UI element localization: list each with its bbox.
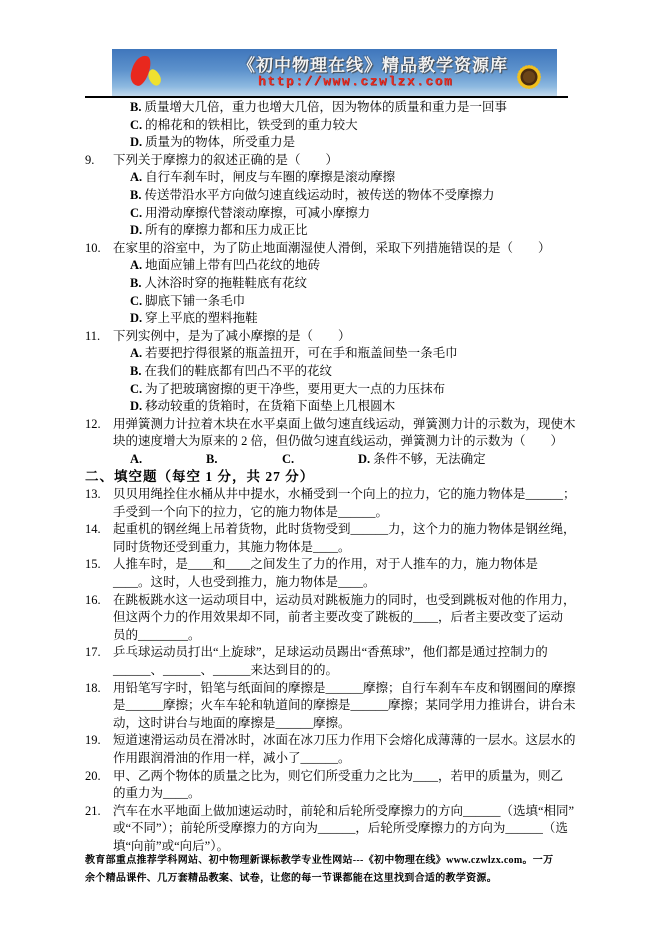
continuation-line: ____。这时，人也受到推力，施力物体是____。 xyxy=(85,574,585,592)
option-item: C. xyxy=(282,451,358,469)
question-number: 14. xyxy=(85,521,113,539)
header-divider xyxy=(85,96,568,98)
option-label: C. xyxy=(282,452,294,466)
continuation-line: 手受到一个向下的拉力，它的施力物体是______。 xyxy=(85,504,585,522)
option-item: A. xyxy=(130,451,206,469)
option-text: 传送带沿水平方向做匀速直线运动时，被传送的物体不受摩擦力 xyxy=(144,188,494,202)
page-footer: 教育部重点推荐学科网站、初中物理新课标教学专业性网站---《初中物理在线》www… xyxy=(85,852,579,887)
question-number: 17. xyxy=(85,644,113,662)
continuation-text: 或“不同”）；前轮所受摩擦力的方向为______，后轮所受摩擦力的方向为____… xyxy=(113,821,568,835)
continuation-text: 动，这时讲台与地面的摩擦是______摩擦。 xyxy=(113,716,351,730)
continuation-text: 手受到一个向下的拉力，它的施力物体是______。 xyxy=(113,505,388,519)
option-label: C. xyxy=(130,206,142,220)
option-label: A. xyxy=(130,452,142,466)
question-text: 起重机的钢丝绳上吊着货物，此时货物受到______力，这个力的施力物体是钢丝绳， xyxy=(113,522,576,536)
question-line: 19.短道速滑运动员在滑冰时，冰面在冰刀压力作用下会熔化成薄薄的一层水。这层水的 xyxy=(85,732,585,750)
continuation-line: 动，这时讲台与地面的摩擦是______摩擦。 xyxy=(85,715,585,733)
option-line: C.的棉花和的铁相比，铁受到的重力较大 xyxy=(85,117,585,135)
question-number: 15. xyxy=(85,556,113,574)
option-line: D.移动较重的货箱时，在货箱下面垫上几根圆木 xyxy=(85,398,585,416)
option-label: C. xyxy=(130,382,142,396)
question-line: 18.用铅笔写字时，铅笔与纸面间的摩擦是______摩擦；自行车刹车车皮和钢圈间… xyxy=(85,680,585,698)
option-line: A.若要把拧得很紧的瓶盖扭开，可在手和瓶盖间垫一条毛巾 xyxy=(85,345,585,363)
question-number: 19. xyxy=(85,732,113,750)
question-text: 用铅笔写字时，铅笔与纸面间的摩擦是______摩擦；自行车刹车车皮和钢圈间的摩擦 xyxy=(113,681,576,695)
option-line: C.脚底下铺一条毛巾 xyxy=(85,293,585,311)
option-text: 所有的摩擦力都和压力成正比 xyxy=(145,223,308,237)
continuation-line: 同时货物还受到重力，其施力物体是____。 xyxy=(85,539,585,557)
option-label: A. xyxy=(130,346,142,360)
option-label: D. xyxy=(130,223,142,237)
sunflower-icon xyxy=(504,50,552,96)
question-number: 9. xyxy=(85,152,113,170)
question-number: 13. xyxy=(85,486,113,504)
option-text: 条件不够，无法确定 xyxy=(373,452,486,466)
options-row: A.B.C.D.条件不够，无法确定 xyxy=(85,451,585,469)
option-text: 自行车刹车时，闸皮与车圈的摩擦是滚动摩擦 xyxy=(145,170,395,184)
banner-url-link[interactable]: http://www.czwlzx.com xyxy=(258,74,453,89)
continuation-text: 的重力为____。 xyxy=(113,786,201,800)
question-line: 14.起重机的钢丝绳上吊着货物，此时货物受到______力，这个力的施力物体是钢… xyxy=(85,521,585,539)
option-line: B.人沐浴时穿的拖鞋鞋底有花纹 xyxy=(85,275,585,293)
option-line: B.在我们的鞋底都有凹凸不平的花纹 xyxy=(85,363,585,381)
option-line: C.为了把玻璃窗擦的更干净些，要用更大一点的力压抹布 xyxy=(85,381,585,399)
continuation-line: 的重力为____。 xyxy=(85,785,585,803)
question-number: 21. xyxy=(85,803,113,821)
question-line: 13.贝贝用绳拴住水桶从井中提水，水桶受到一个向上的拉力，它的施力物体是____… xyxy=(85,486,585,504)
exam-body: B.质量增大几倍，重力也增大几倍，因为物体的质量和重力是一回事C.的棉花和的铁相… xyxy=(85,99,585,856)
continuation-line: 但这两个力的作用效果却不同，前者主要改变了跳板的____，后者主要改变了运动 xyxy=(85,609,585,627)
option-label: D. xyxy=(130,135,142,149)
option-label: C. xyxy=(130,294,142,308)
option-text: 穿上平底的塑料拖鞋 xyxy=(145,311,258,325)
question-text: 甲、乙两个物体的质量之比为，则它们所受重力之比为____，若甲的质量为，则乙 xyxy=(113,769,563,783)
option-text: 的棉花和的铁相比，铁受到的重力较大 xyxy=(145,118,358,132)
option-line: C.用滑动摩擦代替滚动摩擦，可减小摩擦力 xyxy=(85,205,585,223)
option-line: B.传送带沿水平方向做匀速直线运动时，被传送的物体不受摩擦力 xyxy=(85,187,585,205)
question-text: 下列实例中，是为了减小摩擦的是（ ） xyxy=(113,329,351,343)
option-label: A. xyxy=(130,258,142,272)
continuation-line: 作用跟润滑油的作用一样，减小了______。 xyxy=(85,750,585,768)
option-label: B. xyxy=(130,364,141,378)
question-line: 10.在家里的浴室中，为了防止地面潮湿使人滑倒，采取下列措施错误的是（ ） xyxy=(85,240,585,258)
question-text: 人推车时，是____和____之间发生了力的作用，对于人推车的力，施力物体是 xyxy=(113,557,538,571)
option-text: 脚底下铺一条毛巾 xyxy=(145,294,245,308)
continuation-line: 员的________。 xyxy=(85,627,585,645)
question-text: 在家里的浴室中，为了防止地面潮湿使人滑倒，采取下列措施错误的是（ ） xyxy=(113,241,551,255)
continuation-text: ______、______、______来达到目的的。 xyxy=(113,663,338,677)
footer-line-2: 余个精品课件、几万套精品教案、试卷，让您的每一节课都能在这里找到合适的教学资源。 xyxy=(85,870,579,888)
option-text: 人沐浴时穿的拖鞋鞋底有花纹 xyxy=(144,276,307,290)
continuation-line: ______、______、______来达到目的的。 xyxy=(85,662,585,680)
option-label: D. xyxy=(130,399,142,413)
option-text: 移动较重的货箱时，在货箱下面垫上几根圆木 xyxy=(145,399,395,413)
option-text: 在我们的鞋底都有凹凸不平的花纹 xyxy=(144,364,332,378)
continuation-line: 或“不同”）；前轮所受摩擦力的方向为______，后轮所受摩擦力的方向为____… xyxy=(85,820,585,838)
option-label: B. xyxy=(130,188,141,202)
question-text: 汽车在水平地面上做加速运动时，前轮和后轮所受摩擦力的方向______（选填“相同… xyxy=(113,804,574,818)
option-text: 地面应铺上带有凹凸花纹的地砖 xyxy=(145,258,320,272)
question-line: 16.在跳板跳水这一运动项目中，运动员对跳板施力的同时，也受到跳板对他的作用力， xyxy=(85,592,585,610)
option-line: B.质量增大几倍，重力也增大几倍，因为物体的质量和重力是一回事 xyxy=(85,99,585,117)
continuation-line: 块的速度增大为原来的 2 倍，但仍做匀速直线运动，弹簧测力计的示数为（ ） xyxy=(85,433,585,451)
question-line: 11.下列实例中，是为了减小摩擦的是（ ） xyxy=(85,328,585,346)
option-text: 质量为的物体，所受重力是 xyxy=(145,135,295,149)
question-text: 在跳板跳水这一运动项目中，运动员对跳板施力的同时，也受到跳板对他的作用力， xyxy=(113,593,576,607)
option-text: 为了把玻璃窗擦的更干净些，要用更大一点的力压抹布 xyxy=(145,382,445,396)
option-line: A.地面应铺上带有凹凸花纹的地砖 xyxy=(85,257,585,275)
question-text: 下列关于摩擦力的叙述正确的是（ ） xyxy=(113,153,338,167)
question-number: 20. xyxy=(85,768,113,786)
option-label: D. xyxy=(358,452,370,466)
question-number: 12. xyxy=(85,416,113,434)
continuation-text: 作用跟润滑油的作用一样，减小了______。 xyxy=(113,751,351,765)
option-item: B. xyxy=(206,451,282,469)
exam-page: { "banner": { "title": "《初中物理在线》精品教学资源库"… xyxy=(0,0,661,936)
footer-line-1: 教育部重点推荐学科网站、初中物理新课标教学专业性网站---《初中物理在线》www… xyxy=(85,852,579,870)
continuation-text: 同时货物还受到重力，其施力物体是____。 xyxy=(113,540,351,554)
section-title: 二、填空题（每空 1 分，共 27 分） xyxy=(85,469,314,484)
option-line: D.所有的摩擦力都和压力成正比 xyxy=(85,222,585,240)
question-line: 21.汽车在水平地面上做加速运动时，前轮和后轮所受摩擦力的方向______（选填… xyxy=(85,803,585,821)
logo-flame-yellow xyxy=(146,67,164,87)
continuation-text: 填“向前”或“向后”）。 xyxy=(113,839,229,853)
continuation-text: 员的________。 xyxy=(113,628,201,642)
option-label: B. xyxy=(206,452,217,466)
option-line: D.质量为的物体，所受重力是 xyxy=(85,134,585,152)
question-line: 9.下列关于摩擦力的叙述正确的是（ ） xyxy=(85,152,585,170)
question-line: 15.人推车时，是____和____之间发生了力的作用，对于人推车的力，施力物体… xyxy=(85,556,585,574)
site-banner: 《初中物理在线》精品教学资源库 http://www.czwlzx.com xyxy=(112,49,557,96)
option-text: 质量增大几倍，重力也增大几倍，因为物体的质量和重力是一回事 xyxy=(144,100,507,114)
question-number: 16. xyxy=(85,592,113,610)
question-number: 11. xyxy=(85,328,113,346)
continuation-text: ____。这时，人也受到推力，施力物体是____。 xyxy=(113,575,376,589)
option-label: B. xyxy=(130,100,141,114)
continuation-text: 块的速度增大为原来的 2 倍，但仍做匀速直线运动，弹簧测力计的示数为（ ） xyxy=(113,434,563,448)
continuation-text: 但这两个力的作用效果却不同，前者主要改变了跳板的____，后者主要改变了运动 xyxy=(113,610,563,624)
option-label: D. xyxy=(130,311,142,325)
option-line: D.穿上平底的塑料拖鞋 xyxy=(85,310,585,328)
question-line: 20.甲、乙两个物体的质量之比为，则它们所受重力之比为____，若甲的质量为，则… xyxy=(85,768,585,786)
banner-title: 《初中物理在线》精品教学资源库 xyxy=(238,51,508,76)
question-line: 12.用弹簧测力计拉着木块在水平桌面上做匀速直线运动，弹簧测力计的示数为，现使木 xyxy=(85,416,585,434)
option-item: D.条件不够，无法确定 xyxy=(358,451,486,469)
option-line: A.自行车刹车时，闸皮与车圈的摩擦是滚动摩擦 xyxy=(85,169,585,187)
option-text: 若要把拧得很紧的瓶盖扭开，可在手和瓶盖间垫一条毛巾 xyxy=(145,346,458,360)
continuation-text: 是______摩擦；火车车轮和轨道间的摩擦是______摩擦；某同学用力推讲台，… xyxy=(113,698,576,712)
question-text: 短道速滑运动员在滑冰时，冰面在冰刀压力作用下会熔化成薄薄的一层水。这层水的 xyxy=(113,733,576,747)
question-text: 乒乓球运动员打出“上旋球”，足球运动员踢出“香蕉球”，他们都是通过控制力的 xyxy=(113,645,548,659)
question-text: 用弹簧测力计拉着木块在水平桌面上做匀速直线运动，弹簧测力计的示数为，现使木 xyxy=(113,417,576,431)
question-number: 18. xyxy=(85,680,113,698)
continuation-line: 是______摩擦；火车车轮和轨道间的摩擦是______摩擦；某同学用力推讲台，… xyxy=(85,697,585,715)
question-text: 贝贝用绳拴住水桶从井中提水，水桶受到一个向上的拉力，它的施力物体是______； xyxy=(113,487,576,501)
question-number: 10. xyxy=(85,240,113,258)
section-header: 二、填空题（每空 1 分，共 27 分） xyxy=(85,468,585,486)
question-line: 17.乒乓球运动员打出“上旋球”，足球运动员踢出“香蕉球”，他们都是通过控制力的 xyxy=(85,644,585,662)
option-label: B. xyxy=(130,276,141,290)
site-logo-icon xyxy=(124,51,168,95)
option-label: C. xyxy=(130,118,142,132)
option-label: A. xyxy=(130,170,142,184)
option-text: 用滑动摩擦代替滚动摩擦，可减小摩擦力 xyxy=(145,206,370,220)
